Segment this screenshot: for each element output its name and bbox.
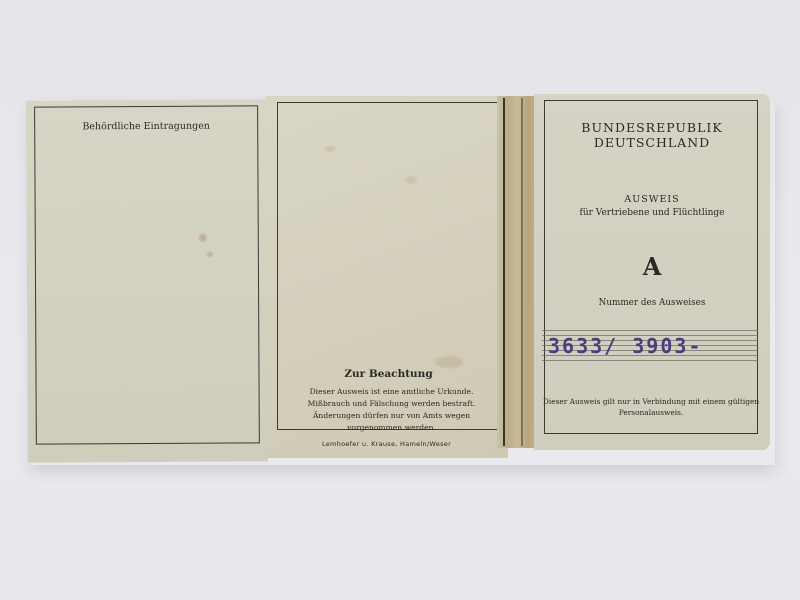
document-title: AUSWEIS bbox=[534, 194, 770, 205]
notice-text: Dieser Ausweis ist eine amtliche Urkunde… bbox=[289, 386, 494, 434]
stain bbox=[199, 234, 207, 242]
number-label: Nummer des Ausweises bbox=[534, 298, 770, 308]
stain bbox=[435, 356, 463, 368]
document-subtitle: für Vertriebene und Flüchtlinge bbox=[534, 208, 770, 218]
country-name: BUNDESREPUBLIK DEUTSCHLAND bbox=[534, 120, 770, 150]
category-letter: A bbox=[534, 252, 770, 281]
cover-page: BUNDESREPUBLIK DEUTSCHLAND AUSWEIS für V… bbox=[534, 94, 770, 450]
spine-fold bbox=[521, 98, 523, 446]
validity-note: Dieser Ausweis gilt nur in Verbindung mi… bbox=[542, 396, 760, 418]
spine-edge bbox=[503, 98, 505, 446]
stain bbox=[325, 146, 335, 152]
country-line-2: DEUTSCHLAND bbox=[534, 135, 770, 150]
left-inner-page: Behördliche Eintragungen bbox=[26, 99, 268, 462]
stain bbox=[207, 252, 213, 257]
notice-title: Zur Beachtung bbox=[277, 368, 500, 380]
middle-inner-page: Zur Beachtung Dieser Ausweis ist eine am… bbox=[265, 96, 508, 458]
page-border bbox=[277, 102, 500, 430]
page-border bbox=[34, 105, 260, 444]
id-number-stamp: 3633/ 3903- bbox=[548, 334, 702, 358]
stain bbox=[405, 176, 417, 184]
printer-imprint: Lemhoefer u. Krause, Hameln/Weser bbox=[265, 440, 508, 448]
official-entries-heading: Behördliche Eintragungen bbox=[26, 120, 266, 132]
country-line-1: BUNDESREPUBLIK bbox=[534, 120, 770, 135]
